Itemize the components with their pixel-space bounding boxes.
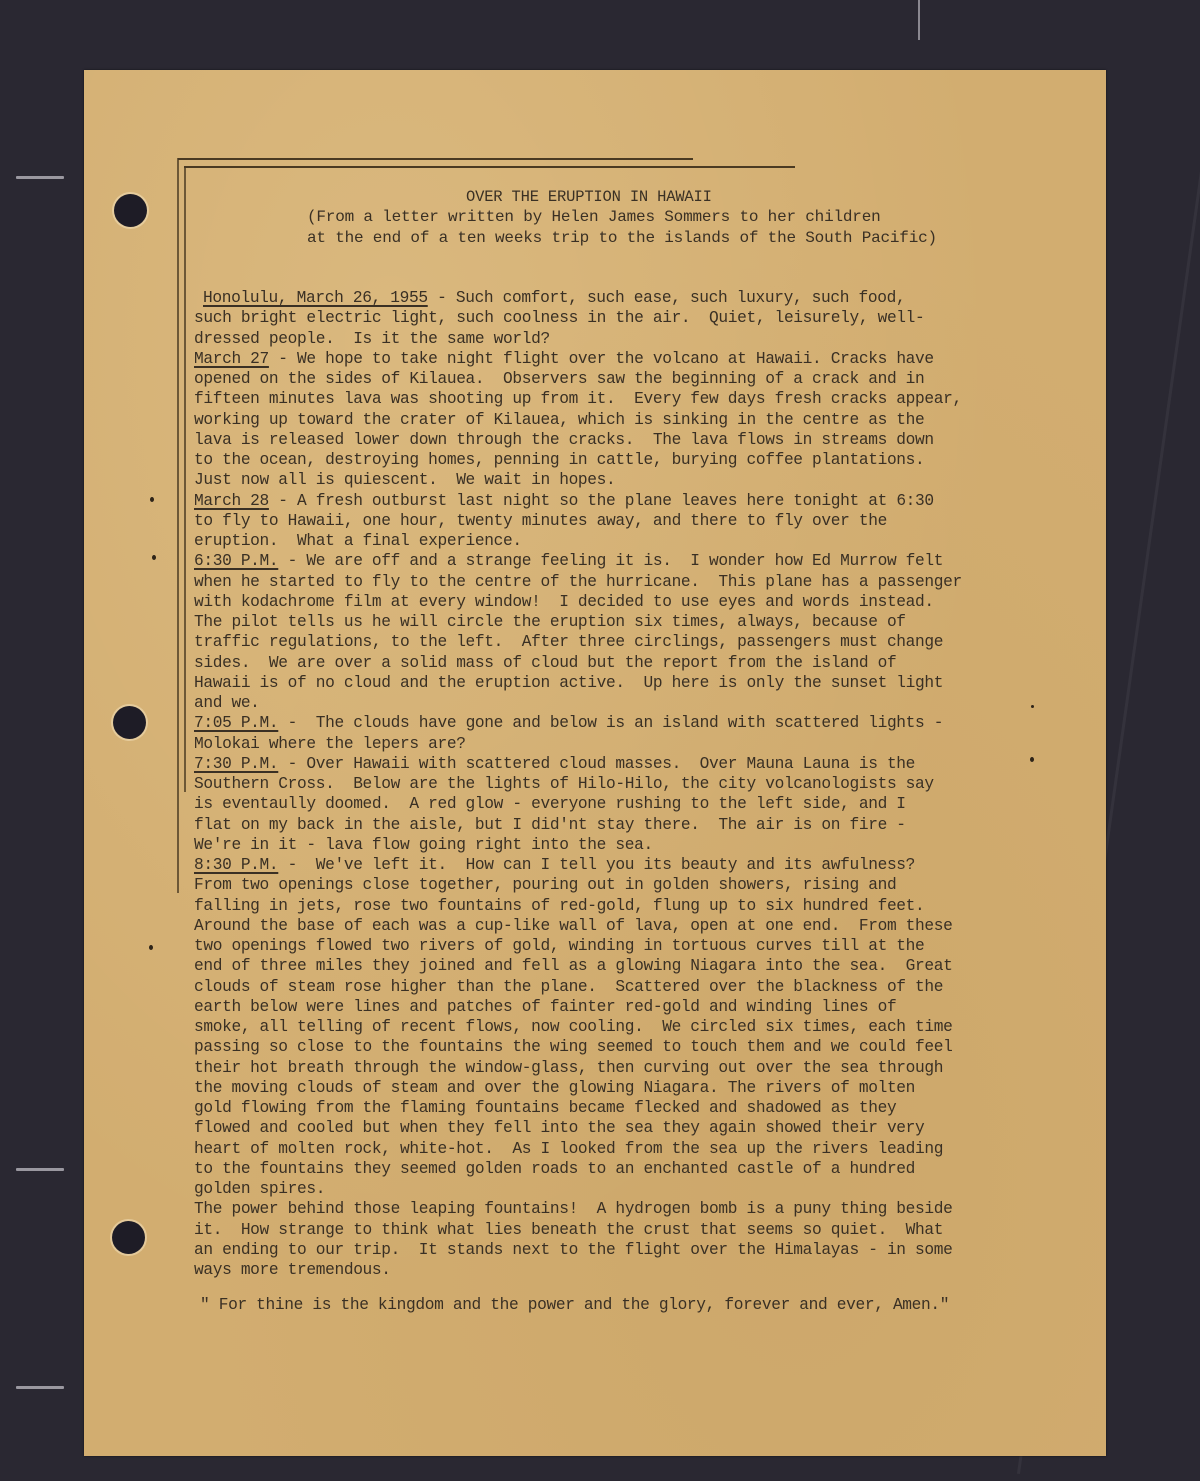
entry-line: clouds of steam rose higher than the pla… xyxy=(194,977,1034,997)
entry-line: with kodachrome film at every window! I … xyxy=(194,592,1034,612)
entry-line: two openings flowed two rivers of gold, … xyxy=(194,936,1034,956)
punch-hole xyxy=(112,1221,145,1254)
entry-line: passing so close to the fountains the wi… xyxy=(194,1037,1034,1057)
letter-body: Honolulu, March 26, 1955 - Such comfort,… xyxy=(194,288,1034,1280)
entry-line: their hot breath through the window-glas… xyxy=(194,1058,1034,1078)
entry-line: is eventaully doomed. A red glow - every… xyxy=(194,794,1034,814)
binder-tick-mark xyxy=(16,1168,64,1171)
entry-line: to fly to Hawaii, one hour, twenty minut… xyxy=(194,511,1034,531)
entry-line: Just now all is quiescent. We wait in ho… xyxy=(194,470,1034,490)
entry-line: From two openings close together, pourin… xyxy=(194,875,1034,895)
entry-text: - A fresh outburst last night so the pla… xyxy=(269,492,934,510)
entry-line: 6:30 P.M. - We are off and a strange fee… xyxy=(194,551,1034,571)
entry-line: Hawaii is of no cloud and the eruption a… xyxy=(194,673,1034,693)
entry-text: - Such comfort, such ease, such luxury, … xyxy=(428,289,906,307)
backdrop-tick-mark xyxy=(918,0,920,40)
entry-line: flowed and cooled but when they fell int… xyxy=(194,1118,1034,1138)
entry-line: eruption. What a final experience. xyxy=(194,531,1034,551)
border-rule-top-outer xyxy=(178,158,693,160)
document-subtitle-line-1: (From a letter written by Helen James So… xyxy=(307,207,881,228)
entry-line: gold flowing from the flaming fountains … xyxy=(194,1098,1034,1118)
entry-date: 6:30 P.M. xyxy=(194,552,278,570)
entry-line: smoke, all telling of recent flows, now … xyxy=(194,1017,1034,1037)
entry-line: fifteen minutes lava was shooting up fro… xyxy=(194,389,1034,409)
closing-quote: " For thine is the kingdom and the power… xyxy=(200,1296,949,1314)
binder-tick-mark xyxy=(16,1386,64,1389)
border-rule-left-outer xyxy=(177,158,179,893)
entry-line: such bright electric light, such coolnes… xyxy=(194,308,1034,328)
entry-line: it. How strange to think what lies benea… xyxy=(194,1220,1034,1240)
entry-line: and we. xyxy=(194,693,1034,713)
entry-text: - The clouds have gone and below is an i… xyxy=(278,714,943,732)
entry-line: falling in jets, rose two fountains of r… xyxy=(194,896,1034,916)
document-subtitle-line-2: at the end of a ten weeks trip to the is… xyxy=(307,228,937,249)
entry-line: ways more tremendous. xyxy=(194,1260,1034,1280)
entry-line: to the ocean, destroying homes, penning … xyxy=(194,450,1034,470)
entry-line: to the fountains they seemed golden road… xyxy=(194,1159,1034,1179)
entry-line: 7:05 P.M. - The clouds have gone and bel… xyxy=(194,713,1034,733)
entry-line: Around the base of each was a cup-like w… xyxy=(194,916,1034,936)
entry-line: The power behind those leaping fountains… xyxy=(194,1199,1034,1219)
entry-line: golden spires. xyxy=(194,1179,1034,1199)
entry-line: heart of molten rock, white-hot. As I lo… xyxy=(194,1139,1034,1159)
entry-line: Honolulu, March 26, 1955 - Such comfort,… xyxy=(194,288,1034,308)
entry-line: end of three miles they joined and fell … xyxy=(194,956,1034,976)
entry-line: dressed people. Is it the same world? xyxy=(194,329,1034,349)
entry-date: March 28 xyxy=(194,492,269,510)
entry-line: flat on my back in the aisle, but I did'… xyxy=(194,815,1034,835)
punch-hole xyxy=(113,706,146,739)
entry-line: 8:30 P.M. - We've left it. How can I tel… xyxy=(194,855,1034,875)
entry-line: sides. We are over a solid mass of cloud… xyxy=(194,653,1034,673)
entry-date: 8:30 P.M. xyxy=(194,856,278,874)
entry-text: - We've left it. How can I tell you its … xyxy=(278,856,915,874)
entry-line: lava is released lower down through the … xyxy=(194,430,1034,450)
ink-speck xyxy=(149,945,153,950)
punch-hole xyxy=(114,194,147,227)
entry-line: opened on the sides of Kilauea. Observer… xyxy=(194,369,1034,389)
entry-line: the moving clouds of steam and over the … xyxy=(194,1078,1034,1098)
entry-date: 7:30 P.M. xyxy=(194,755,278,773)
border-rule-left-inner xyxy=(184,166,186,792)
entry-line: Molokai where the lepers are? xyxy=(194,734,1034,754)
ink-speck xyxy=(152,555,156,560)
entry-date: March 27 xyxy=(194,350,269,368)
entry-line: traffic regulations, to the left. After … xyxy=(194,632,1034,652)
entry-line: Southern Cross. Below are the lights of … xyxy=(194,774,1034,794)
entry-date: Honolulu, March 26, 1955 xyxy=(203,289,428,307)
entry-line: an ending to our trip. It stands next to… xyxy=(194,1240,1034,1260)
entry-line: March 28 - A fresh outburst last night s… xyxy=(194,491,1034,511)
entry-line: March 27 - We hope to take night flight … xyxy=(194,349,1034,369)
entry-line: 7:30 P.M. - Over Hawaii with scattered c… xyxy=(194,754,1034,774)
entry-text: - We are off and a strange feeling it is… xyxy=(278,552,943,570)
entry-line: working up toward the crater of Kilauea,… xyxy=(194,410,1034,430)
entry-line: earth below were lines and patches of fa… xyxy=(194,997,1034,1017)
entry-text: - Over Hawaii with scattered cloud masse… xyxy=(278,755,915,773)
document-title: OVER THE ERUPTION IN HAWAII xyxy=(466,187,712,208)
entry-text: - We hope to take night flight over the … xyxy=(269,350,934,368)
entry-date: 7:05 P.M. xyxy=(194,714,278,732)
entry-line: We're in it - lava flow going right into… xyxy=(194,835,1034,855)
binder-tick-mark xyxy=(16,176,64,179)
entry-line: when he started to fly to the centre of … xyxy=(194,572,1034,592)
border-rule-top-inner xyxy=(184,166,795,168)
ink-speck xyxy=(150,497,154,502)
entry-line: The pilot tells us he will circle the er… xyxy=(194,612,1034,632)
